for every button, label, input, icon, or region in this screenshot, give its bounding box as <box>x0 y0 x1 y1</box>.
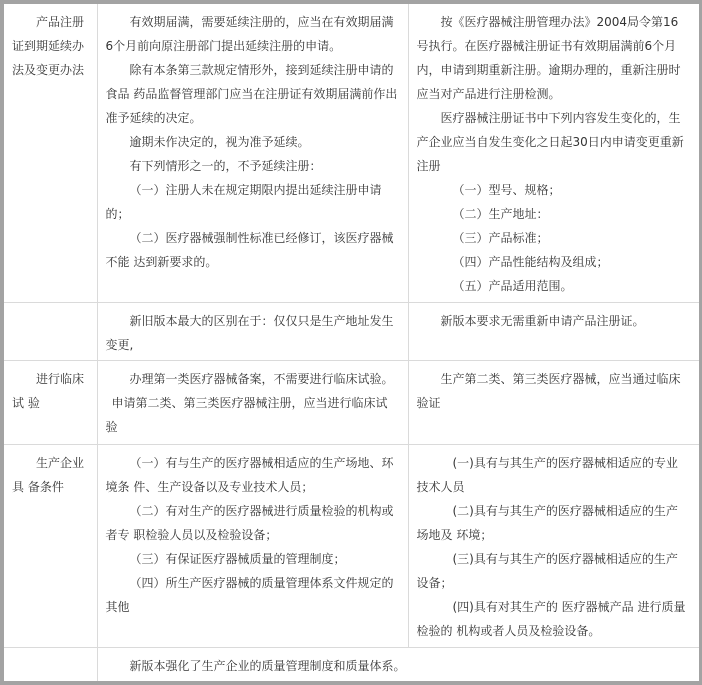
list-item: (三)具有与其生产的医疗器械相适应的生产设备； <box>417 547 690 595</box>
row-label-cell: 产品注册 证到期延续办 法及变更办法 <box>4 4 97 302</box>
paragraph: 新版本要求无需重新申请产品注册证。 <box>417 309 690 333</box>
old-regulation-cell: 有效期届满，需要延续注册的，应当在有效期届满6个月前向原注册部门提出延续注册的申… <box>97 4 408 302</box>
old-regulation-cell: （一）有与生产的医疗器械相适应的生产场地、环境条 件、生产设备以及专业技术人员；… <box>97 444 408 647</box>
paragraph: 医疗器械注册证书中下列内容发生变化的，生产企业应当自发生变化之日起30日内申请变… <box>417 106 690 178</box>
old-regulation-cell: 新旧版本最大的区别在于：仅仅只是生产地址发生变更, <box>97 302 408 360</box>
summary-cell: 新版本强化了生产企业的质量管理制度和质量体系。 <box>97 647 699 681</box>
list-item: （一）注册人未在规定期限内提出延续注册申请的； <box>106 178 398 226</box>
row-label-line: 试 验 <box>12 391 87 415</box>
new-regulation-cell: 生产第二类、第三类医疗器械，应当通过临床验证 <box>408 360 699 444</box>
old-regulation-cell: 办理第一类医疗器械备案，不需要进行临床试验。 申请第二类、第三类医疗器械注册，应… <box>97 360 408 444</box>
list-item: （二）生产地址： <box>417 202 690 226</box>
row-label-line: 证到期延续办 <box>12 34 87 58</box>
paragraph: 有下列情形之一的，不予延续注册： <box>106 154 398 178</box>
list-item: （四）所生产医疗器械的质量管理体系文件规定的其他 <box>106 571 398 619</box>
table-row-difference-note: 新旧版本最大的区别在于：仅仅只是生产地址发生变更, 新版本要求无需重新申请产品注… <box>4 302 699 360</box>
row-label-line: 进行临床 <box>12 367 87 391</box>
table-row-clinical-trials: 进行临床 试 验 办理第一类医疗器械备案，不需要进行临床试验。 申请第二类、第三… <box>4 360 699 444</box>
regulation-comparison-table: 产品注册 证到期延续办 法及变更办法 有效期届满，需要延续注册的，应当在有效期届… <box>4 4 699 681</box>
list-item: （二）有对生产的医疗器械进行质量检验的机构或者专 职检验人员以及检验设备； <box>106 499 398 547</box>
summary-text: 新版本强化了生产企业的质量管理制度和质量体系。 <box>106 654 690 678</box>
list-item: （一）型号、规格； <box>417 178 690 202</box>
list-item: (一)具有与其生产的医疗器械相适应的专业技术人员 <box>417 451 690 499</box>
paragraph: 除有本条第三款规定情形外，接到延续注册申请的食品 药品监督管理部门应当在注册证有… <box>106 58 398 130</box>
table-row-registration-renewal: 产品注册 证到期延续办 法及变更办法 有效期届满，需要延续注册的，应当在有效期届… <box>4 4 699 302</box>
list-item: （一）有与生产的医疗器械相适应的生产场地、环境条 件、生产设备以及专业技术人员； <box>106 451 398 499</box>
row-label-line: 生产企业 <box>12 451 87 475</box>
paragraph: 有效期届满，需要延续注册的，应当在有效期届满6个月前向原注册部门提出延续注册的申… <box>106 10 398 58</box>
new-regulation-cell: (一)具有与其生产的医疗器械相适应的专业技术人员 (二)具有与其生产的医疗器械相… <box>408 444 699 647</box>
list-item: （二）医疗器械强制性标准已经修订，该医疗器械不能 达到新要求的。 <box>106 226 398 274</box>
list-item: （五）产品适用范围。 <box>417 274 690 298</box>
row-label-cell: 进行临床 试 验 <box>4 360 97 444</box>
table-row-summary: 新版本强化了生产企业的质量管理制度和质量体系。 <box>4 647 699 681</box>
list-item: （三）产品标准； <box>417 226 690 250</box>
comparison-table-frame: 产品注册 证到期延续办 法及变更办法 有效期届满，需要延续注册的，应当在有效期届… <box>0 0 702 685</box>
paragraph: 逾期未作决定的，视为准予延续。 <box>106 130 398 154</box>
list-item: （三）有保证医疗器械质量的管理制度； <box>106 547 398 571</box>
list-item: （四）产品性能结构及组成； <box>417 250 690 274</box>
new-regulation-cell: 按《医疗器械注册管理办法》2004局令第16号执行。在医疗器械注册证书有效期届满… <box>408 4 699 302</box>
paragraph: 申请第二类、第三类医疗器械注册，应当进行临床试验 <box>106 391 398 439</box>
table-row-enterprise-conditions: 生产企业 具 备条件 （一）有与生产的医疗器械相适应的生产场地、环境条 件、生产… <box>4 444 699 647</box>
row-label-cell <box>4 302 97 360</box>
list-item: (四)具有对其生产的 医疗器械产品 进行质量检验的 机构或者人员及检验设备。 <box>417 595 690 643</box>
paragraph: 办理第一类医疗器械备案，不需要进行临床试验。 <box>106 367 398 391</box>
paragraph: 新旧版本最大的区别在于：仅仅只是生产地址发生变更, <box>106 309 398 357</box>
row-label-cell: 生产企业 具 备条件 <box>4 444 97 647</box>
row-label-cell <box>4 647 97 681</box>
new-regulation-cell: 新版本要求无需重新申请产品注册证。 <box>408 302 699 360</box>
row-label-line: 产品注册 <box>12 10 87 34</box>
row-label-line: 具 备条件 <box>12 475 87 499</box>
paragraph: 按《医疗器械注册管理办法》2004局令第16号执行。在医疗器械注册证书有效期届满… <box>417 10 690 106</box>
paragraph: 生产第二类、第三类医疗器械，应当通过临床验证 <box>417 367 690 415</box>
list-item: (二)具有与其生产的医疗器械相适应的生产场地及 环境； <box>417 499 690 547</box>
row-label-line: 法及变更办法 <box>12 58 87 82</box>
